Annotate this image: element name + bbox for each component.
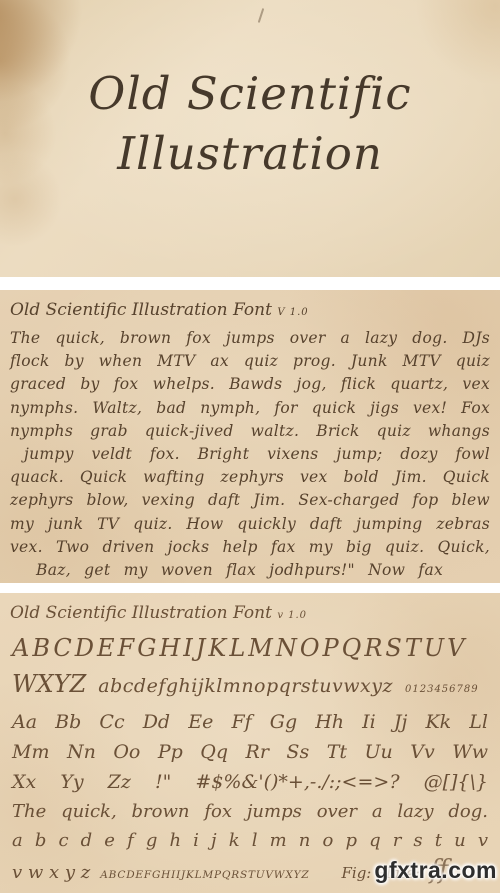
- specimen-title: Old Scientific Illustration Font: [10, 300, 272, 320]
- glyph-row: WXYZabcdefghijklmnopqrstuvwxyz0123456789: [12, 667, 488, 707]
- glyph-panel: Old Scientific Illustration Font v 1.0 A…: [0, 593, 500, 893]
- glyph-segment-pairs: a b c d e f g h i j k l m n o p q r s t …: [12, 830, 488, 851]
- glyph-segment-pairs: Mm Nn Oo Pp Qq Rr Ss Tt Uu Vv Ww: [12, 741, 488, 763]
- glyph-row: a b c d e f g h i j k l m n o p q r s t …: [12, 826, 488, 855]
- glyph-row: Mm Nn Oo Pp Qq Rr Ss Tt Uu Vv Ww: [12, 737, 488, 767]
- specimen-line: jumpy veldt fox. Bright vixens jump; doz…: [10, 443, 490, 466]
- glyph-segment-pairs: The quick, brown fox jumps over a lazy d…: [12, 801, 488, 822]
- glyph-row: Aa Bb Cc Dd Ee Ff Gg Hh Ii Jj Kk Ll: [12, 707, 488, 737]
- glyph-row: The quick, brown fox jumps over a lazy d…: [12, 797, 488, 826]
- specimen-line: my junk TV quiz. How quickly daft jumpin…: [10, 513, 490, 536]
- specimen-line: nymphs grab quick-jived waltz. Brick qui…: [10, 420, 490, 443]
- specimen-line: graced by fox whelps. Bawds jog, flick q…: [10, 373, 490, 396]
- specimen-panel: Old Scientific Illustration Font V 1.0 T…: [0, 290, 500, 583]
- specimen-line: vex. Two driven jocks help fax my big qu…: [10, 536, 490, 559]
- glyph-segment-smallcaps: ABCDEFGHIIJKLMPQRSTUVWXYZ: [100, 869, 309, 881]
- glyph-segment-pairs: v w x y z: [12, 862, 90, 883]
- glyph-segment-pairs: Aa Bb Cc Dd Ee Ff Gg Hh Ii Jj Kk Ll: [12, 711, 488, 733]
- glyph-segment-caps: WXYZ: [12, 670, 86, 698]
- gfxtra-watermark: gfxtra.com: [374, 857, 497, 884]
- glyph-version: v 1.0: [277, 610, 307, 621]
- specimen-line: Baz, get my woven flax jodhpurs!" Now fa…: [10, 559, 490, 582]
- glyph-row: Xx Yy Zz !" #$%&'()*+,-./:;<=>? @[]{\}: [12, 767, 488, 797]
- specimen-version: V 1.0: [277, 307, 308, 318]
- specimen-line: The quick, brown fox jumps over a lazy d…: [10, 327, 490, 350]
- hero-panel: Old Scientific Illustration: [0, 0, 500, 277]
- font-preview-page: Old Scientific Illustration Old Scientif…: [0, 0, 500, 893]
- specimen-line: nymphs. Waltz, bad nymph, for quick jigs…: [10, 397, 490, 420]
- font-title-line1: Old Scientific: [88, 67, 411, 120]
- specimen-line: flock by when MTV ax quiz prog. Junk MTV…: [10, 350, 490, 373]
- glyph-row: ABCDEFGHIJKLMNOPQRSTUV: [12, 629, 488, 667]
- glyph-segment-pairs: Xx Yy Zz !" #$%&'()*+,-./:;<=>? @[]{\}: [12, 771, 488, 793]
- glyph-segment-lower: abcdefghijklmnopqrstuvwxyz: [98, 675, 393, 697]
- glyph-rows: ABCDEFGHIJKLMNOPQRSTUVWXYZabcdefghijklmn…: [0, 629, 500, 891]
- font-title: Old Scientific Illustration: [0, 64, 500, 184]
- glyph-segment-caps: ABCDEFGHIJKLMNOPQRSTUV: [12, 634, 467, 662]
- specimen-header: Old Scientific Illustration Font V 1.0: [0, 290, 500, 326]
- glyph-title: Old Scientific Illustration Font: [10, 603, 272, 623]
- glyph-header: Old Scientific Illustration Font v 1.0: [0, 593, 500, 629]
- specimen-line: zephyrs blow, vexing daft Jim. Sex-charg…: [10, 489, 490, 512]
- specimen-lines: The quick, brown fox jumps over a lazy d…: [0, 326, 500, 582]
- glyph-segment-nums: 0123456789: [405, 684, 479, 695]
- paper-scratch-mark: [258, 8, 265, 23]
- specimen-line: quack. Quick wafting zephyrs vex bold Ji…: [10, 466, 490, 489]
- font-title-line2: Illustration: [117, 127, 383, 180]
